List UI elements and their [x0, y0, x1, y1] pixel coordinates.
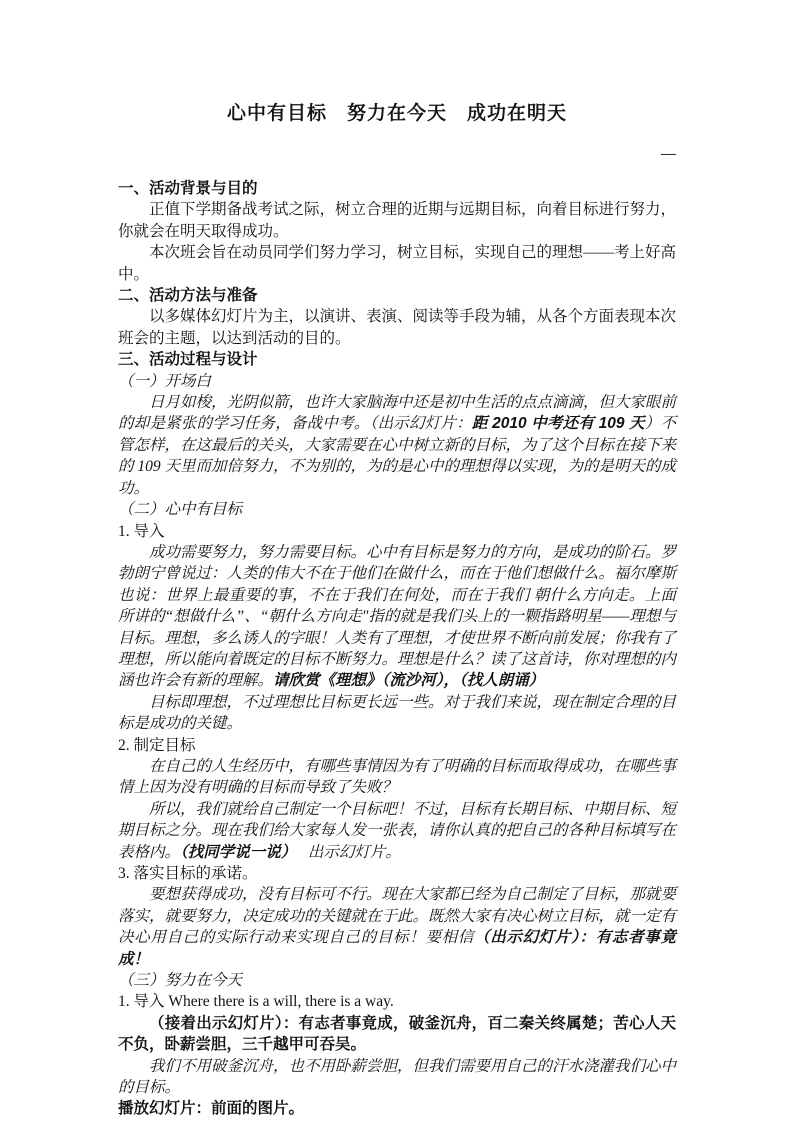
document-body: 一、活动背景与目的正值下学期备战考试之际，树立合理的近期与远期目标，向着目标进行…: [118, 178, 676, 1120]
text-run: 成功需要努力，努力需要目标。心中有目标是努力的方向，是成功的阶石。罗勃朗宁曾说过…: [118, 544, 676, 689]
paragraph: 成功需要努力，努力需要目标。心中有目标是努力的方向，是成功的阶石。罗勃朗宁曾说过…: [118, 542, 676, 692]
paragraph: 所以，我们就给自己制定一个目标吧！不过，目标有长期目标、中期目标、短期目标之分。…: [118, 799, 676, 863]
paragraph: 要想获得成功，没有目标可不行。现在大家都已经为自己制定了目标，那就要落实，就要努…: [118, 884, 676, 970]
text-run: 1. 导入: [118, 523, 165, 540]
text-run: （出示幻灯片）：: [474, 929, 596, 946]
text-run: 在自己的人生经历中，有哪些事情因为有了明确的目标而取得成功，在哪些事情上因为没有…: [118, 758, 676, 796]
text-run: 以多媒体幻灯片为主，以演讲、表演、阅读等手段为辅，从各个方面表现本次班会的主题，…: [118, 308, 676, 346]
dash-mark: —: [118, 144, 676, 165]
paragraph: 1. 导入: [118, 521, 676, 542]
paragraph: 播放幻灯片：前面的图片。: [118, 1098, 676, 1119]
document-page: 心中有目标 努力在今天 成功在明天 — 一、活动背景与目的正值下学期备战考试之际…: [0, 0, 793, 1122]
paragraph: （三）努力在今天: [118, 970, 676, 991]
paragraph: 以多媒体幻灯片为主，以演讲、表演、阅读等手段为辅，从各个方面表现本次班会的主题，…: [118, 306, 676, 349]
text-run: （二）心中有目标: [118, 501, 242, 518]
paragraph: 本次班会旨在动员同学们努力学习，树立目标，实现自己的理想——考上好高中。: [118, 242, 676, 285]
paragraph: 正值下学期备战考试之际，树立合理的近期与远期目标，向着目标进行努力，你就会在明天…: [118, 199, 676, 242]
paragraph: （一）开场白: [118, 371, 676, 392]
text-run: 请欣赏《理想》（流沙河），（找人朗诵）: [273, 672, 544, 689]
paragraph: （接着出示幻灯片）：有志者事竟成，破釜沉舟，百二秦关终属楚；苦心人天不负，卧薪尝…: [118, 1013, 676, 1056]
text-run: 3. 落实目标的承诺。: [118, 865, 258, 882]
section-heading: 二、活动方法与准备: [118, 285, 676, 306]
text-run: 本次班会旨在动员同学们努力学习，树立目标，实现自己的理想——考上好高中。: [118, 244, 676, 282]
section-heading: 三、活动过程与设计: [118, 349, 676, 370]
text-run: （一）开场白: [118, 373, 211, 390]
text-run: 目标即理想，不过理想比目标更长远一些。对于我们来说，现在制定合理的目标是成功的关…: [118, 694, 676, 732]
section-heading: 一、活动背景与目的: [118, 178, 676, 199]
paragraph: 日月如梭，光阴似箭，也许大家脑海中还是初中生活的点点滴滴，但大家眼前的却是紧张的…: [118, 392, 676, 499]
text-run: 播放幻灯片：前面的图片。: [118, 1100, 304, 1117]
paragraph: 在自己的人生经历中，有哪些事情因为有了明确的目标而取得成功，在哪些事情上因为没有…: [118, 756, 676, 799]
paragraph: 我们不用破釜沉舟，也不用卧薪尝胆，但我们需要用自己的汗水浇灌我们心中的目标。: [118, 1056, 676, 1099]
text-run: （三）努力在今天: [118, 972, 242, 989]
text-run: 出示幻灯片。: [289, 844, 401, 861]
text-run: 正值下学期备战考试之际，树立合理的近期与远期目标，向着目标进行努力，你就会在明天…: [118, 201, 676, 239]
text-run: 我们不用破釜沉舟，也不用卧薪尝胆，但我们需要用自己的汗水浇灌我们心中的目标。: [118, 1058, 676, 1096]
text-run: 1. 导入 Where there is a will, there is a …: [118, 993, 394, 1010]
paragraph: 1. 导入 Where there is a will, there is a …: [118, 991, 676, 1012]
text-run: （找同学说一说）: [180, 844, 289, 861]
paragraph: 目标即理想，不过理想比目标更长远一些。对于我们来说，现在制定合理的目标是成功的关…: [118, 692, 676, 735]
text-run: 距 2010 中考还有 109 天: [472, 415, 645, 432]
paragraph: （二）心中有目标: [118, 499, 676, 520]
document-title: 心中有目标 努力在今天 成功在明天: [118, 100, 676, 127]
text-run: （接着出示幻灯片）：有志者事竟成，破釜沉舟，百二秦关终属楚；苦心人天不负，卧薪尝…: [118, 1015, 676, 1053]
paragraph: 3. 落实目标的承诺。: [118, 863, 676, 884]
text-run: 2. 制定目标: [118, 737, 196, 754]
paragraph: 2. 制定目标: [118, 735, 676, 756]
